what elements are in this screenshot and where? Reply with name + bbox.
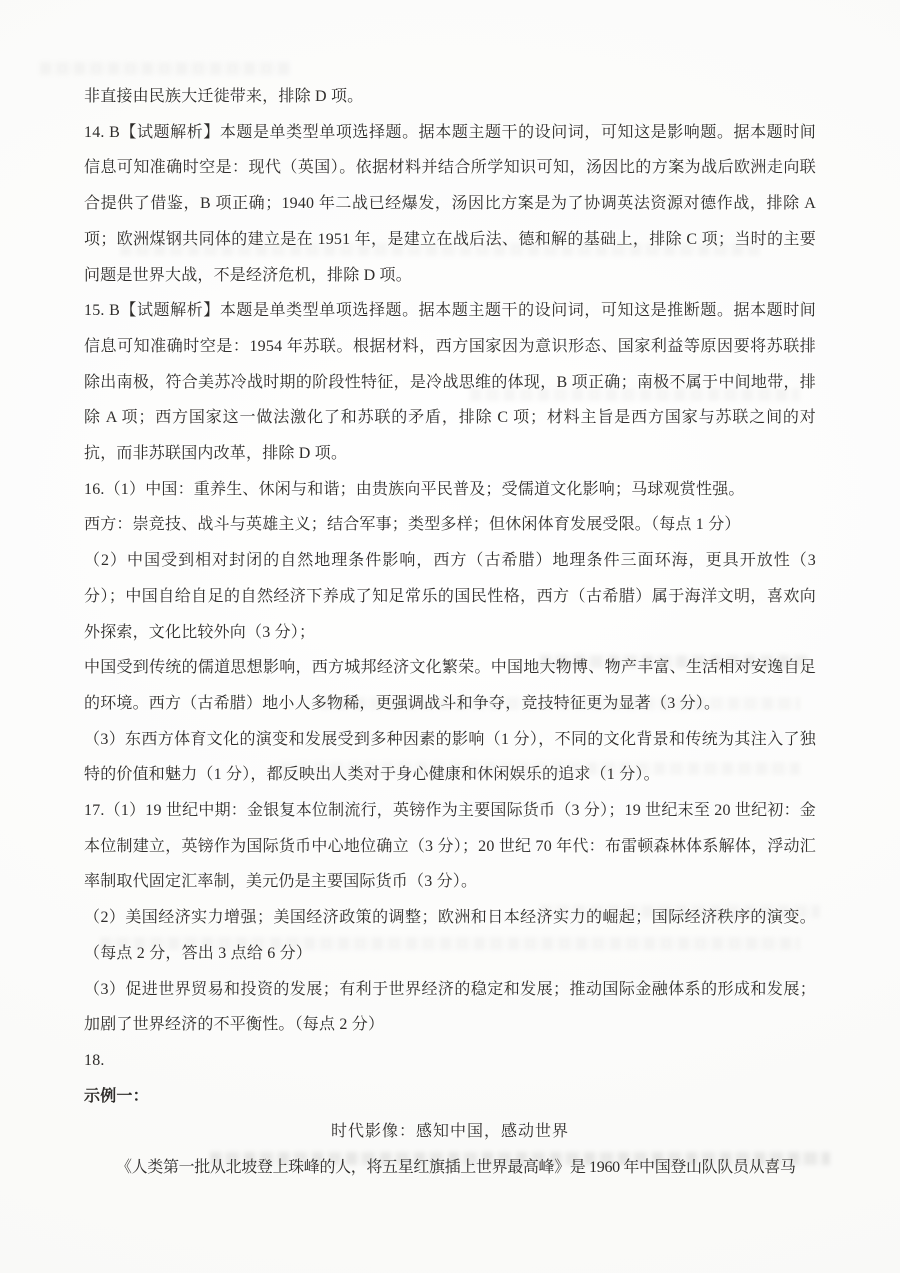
answer-17-part2: （2）美国经济实力增强；美国经济政策的调整；欧洲和日本经济实力的崛起；国际经济秩… [84,900,816,971]
answer-14-analysis: 14. B【试题解析】本题是单类型单项选择题。据本题主题干的设问词，可知这是影响… [84,115,816,294]
document-page: 非直接由民族大迁徙带来，排除 D 项。 14. B【试题解析】本题是单类型单项选… [0,0,900,1273]
answer-16-part2-geo: （2）中国受到相对封闭的自然地理条件影响，西方（古希腊）地理条件三面环海，更具开… [84,543,816,650]
answer-16-part3: （3）东西方体育文化的演变和发展受到多种因素的影响（1 分），不同的文化背景和传… [84,722,816,793]
answer-17-part3: （3）促进世界贸易和投资的发展；有利于世界经济的稳定和发展；推动国际金融体系的形… [84,972,816,1043]
answer-text-column: 非直接由民族大迁徙带来，排除 D 项。 14. B【试题解析】本题是单类型单项选… [84,79,816,1186]
essay-title: 时代影像：感知中国，感动世界 [84,1114,816,1150]
answer-16-part1-china: 16.（1）中国：重养生、休闲与和谐；由贵族向平民普及；受儒道文化影响；马球观赏… [84,472,816,508]
essay-opening-line: 《人类第一批从北坡登上珠峰的人，将五星红旗插上世界最高峰》是 1960 年中国登… [84,1150,816,1186]
answer-13-continuation: 非直接由民族大迁徙带来，排除 D 项。 [84,79,816,115]
answer-15-analysis: 15. B【试题解析】本题是单类型单项选择题。据本题主题干的设问词，可知这是推断… [84,293,816,472]
answer-17-part1: 17.（1）19 世纪中期：金银复本位制流行，英镑作为主要国际货币（3 分）；1… [84,793,816,900]
answer-16-part2-culture: 中国受到传统的儒道思想影响，西方城邦经济文化繁荣。中国地大物博、物产丰富、生活相… [84,650,816,721]
answer-18-example-label: 示例一： [84,1079,816,1115]
answer-16-part1-west: 西方：崇竞技、战斗与英雄主义；结合军事；类型多样；但休闲体育发展受限。（每点 1… [84,507,816,543]
answer-18-number: 18. [84,1043,816,1079]
scan-bleedthrough-artifact [40,62,290,75]
